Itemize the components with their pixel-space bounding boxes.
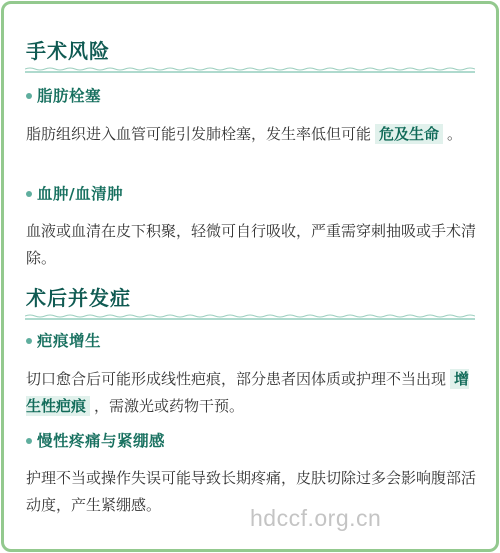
section-title-postop-complications: 术后并发症 (26, 286, 131, 310)
paragraph-text: 。 (447, 125, 462, 143)
wavy-divider (25, 66, 475, 74)
subheading-label: 慢性疼痛与紧绷感 (37, 431, 165, 451)
paragraph-text: 切口愈合后可能形成线性疤痕，部分患者因体质或护理不当出现 (26, 370, 446, 388)
paragraph-fat-embolism: 脂肪组织进入血管可能引发肺栓塞，发生率低但可能危及生命。 (26, 121, 476, 148)
wavy-divider (25, 313, 475, 321)
subheading-label: 血肿/血清肿 (37, 184, 123, 204)
paragraph-hematoma-seroma: 血液或血清在皮下积聚，轻微可自行吸收，严重需穿刺抽吸或手术清除。 (26, 218, 476, 272)
subheading-chronic-pain: 慢性疼痛与紧绷感 (26, 431, 165, 451)
bullet-dot-icon (26, 338, 32, 344)
watermark: hdccf.org.cn (250, 505, 381, 532)
bullet-dot-icon (26, 191, 32, 197)
paragraph-text: 血液或血清在皮下积聚，轻微可自行吸收，严重需穿刺抽吸或手术清除。 (26, 222, 476, 267)
subheading-hematoma-seroma: 血肿/血清肿 (26, 184, 123, 204)
subheading-scar-hyperplasia: 疤痕增生 (26, 331, 101, 351)
paragraph-scar-hyperplasia: 切口愈合后可能形成线性疤痕，部分患者因体质或护理不当出现增生性疤痕，需激光或药物… (26, 366, 476, 420)
highlight-text: 危及生命 (375, 124, 443, 144)
paragraph-text: 脂肪组织进入血管可能引发肺栓塞，发生率低但可能 (26, 125, 371, 143)
bullet-dot-icon (26, 93, 32, 99)
paragraph-text: ，需激光或药物干预。 (94, 397, 244, 415)
section-title-surgical-risks: 手术风险 (26, 39, 110, 63)
subheading-label: 脂肪栓塞 (37, 86, 101, 106)
subheading-fat-embolism: 脂肪栓塞 (26, 86, 101, 106)
subheading-label: 疤痕增生 (37, 331, 101, 351)
bullet-dot-icon (26, 438, 32, 444)
